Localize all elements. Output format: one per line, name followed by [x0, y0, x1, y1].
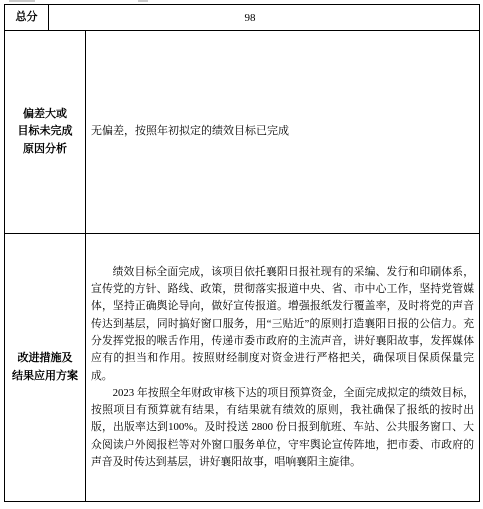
performance-evaluation-table: 总分 98 偏差大或 目标未完成 原因分析 无偏差，按照年初拟定的绩效目标已完成… [4, 4, 480, 502]
total-score-label: 总分 [5, 5, 49, 30]
total-score-row: 总分 98 [5, 5, 479, 30]
improvement-paragraph-1: 绩效目标全面完成，该项目依托襄阳日报社现有的采编、发行和印刷体系，宣传党的方针、… [91, 264, 474, 385]
deviation-analysis-content: 无偏差，按照年初拟定的绩效目标已完成 [86, 31, 479, 233]
deviation-analysis-row: 偏差大或 目标未完成 原因分析 无偏差，按照年初拟定的绩效目标已完成 [5, 30, 479, 233]
improvement-paragraph-2: 2023 年按照全年财政审核下达的项目预算资金，全面完成拟定的绩效目标，按照项目… [91, 385, 474, 471]
improvement-measures-label: 改进措施及 结果应用方案 [5, 234, 86, 501]
document-page: 总分 98 偏差大或 目标未完成 原因分析 无偏差，按照年初拟定的绩效目标已完成… [0, 0, 483, 509]
improvement-measures-row: 改进措施及 结果应用方案 绩效目标全面完成，该项目依托襄阳日报社现有的采编、发行… [5, 233, 479, 501]
deviation-analysis-label: 偏差大或 目标未完成 原因分析 [5, 31, 86, 233]
clipped-row-remnant-left [9, 0, 35, 2]
total-score-value: 98 [49, 5, 479, 30]
clipped-row-remnant-mid [138, 0, 148, 2]
improvement-measures-content: 绩效目标全面完成，该项目依托襄阳日报社现有的采编、发行和印刷体系，宣传党的方针、… [86, 234, 479, 501]
